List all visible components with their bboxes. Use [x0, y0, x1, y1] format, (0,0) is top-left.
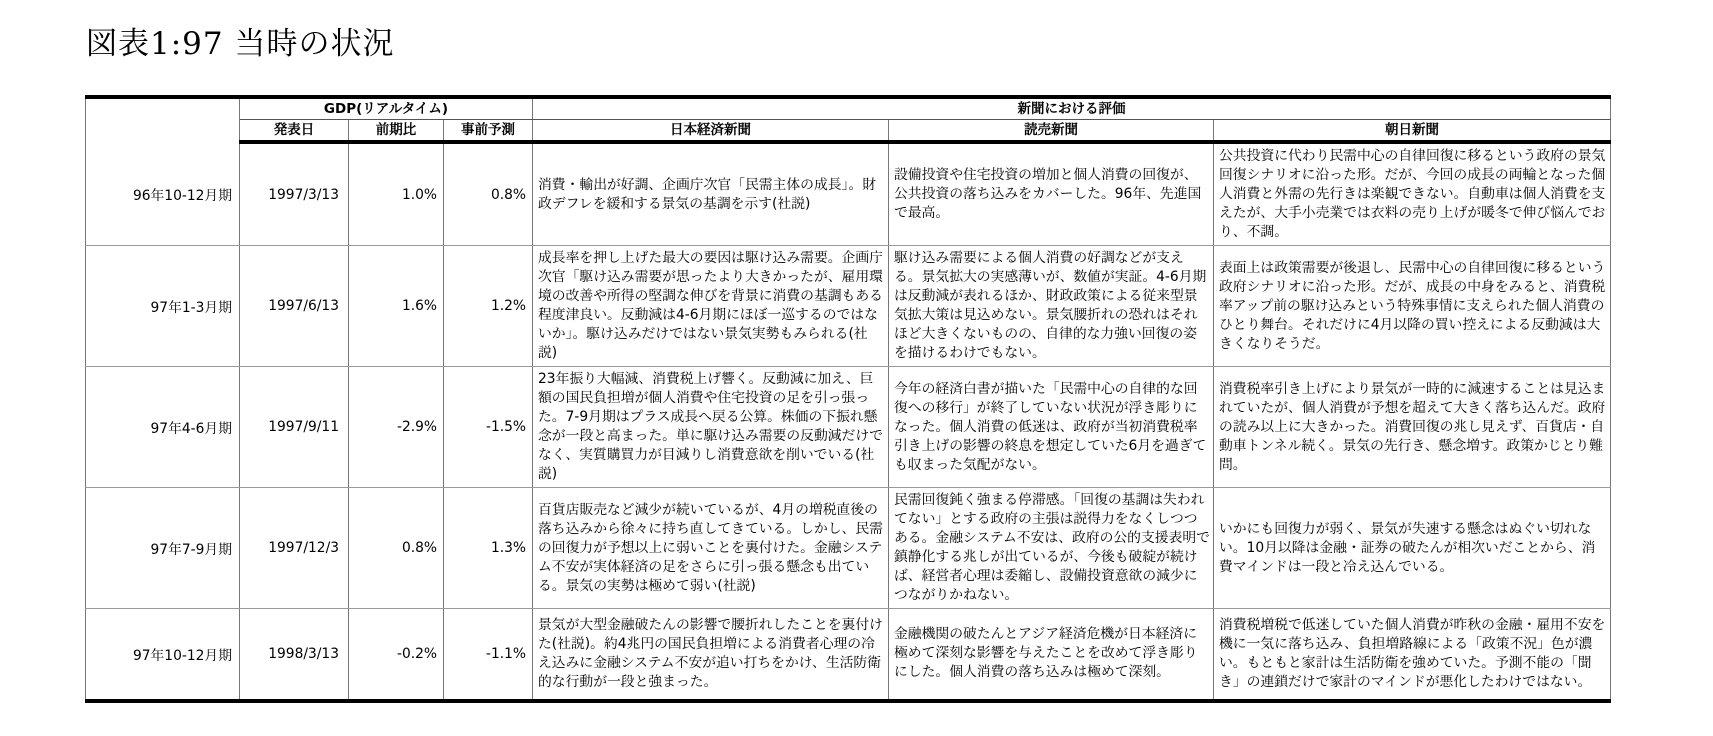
- group-header-newspapers: 新聞における評価: [533, 97, 1611, 120]
- nikkei-comment-cell: 23年振り大幅減、消費税上げ響く。反動減に加え、巨額の国民負担増が個人消費や住宅…: [533, 367, 889, 488]
- period-cell: 96年10-12月期: [86, 142, 240, 246]
- release-date-cell: 1998/3/13: [240, 609, 349, 701]
- page-title: 図表1:97 当時の状況: [86, 18, 394, 63]
- nikkei-comment-cell: 景気が大型金融破たんの影響で腰折れしたことを裏付けた(社説)。約4兆円の国民負担…: [533, 609, 889, 701]
- yomiuri-comment-cell: 設備投資や住宅投資の増加と個人消費の回復が、公共投資の落ち込みをカバーした。96…: [889, 142, 1214, 246]
- asahi-comment-cell: 消費税率引き上げにより景気が一時的に減速することは見込まれていたが、個人消費が予…: [1214, 367, 1611, 488]
- nikkei-comment-cell: 百貨店販売など減少が続いているが、4月の増税直後の落ち込みから徐々に持ち直してき…: [533, 488, 889, 609]
- nikkei-comment-cell: 消費・輸出が好調、企画庁次官「民需主体の成長」。財政デフレを緩和する景気の基調を…: [533, 142, 889, 246]
- qoq-cell: 1.6%: [349, 246, 444, 367]
- release-date-cell: 1997/3/13: [240, 142, 349, 246]
- column-header-qoq: 前期比: [349, 120, 444, 143]
- forecast-cell: 1.3%: [444, 488, 533, 609]
- asahi-comment-cell: いかにも回復力が弱く、景気が失速する懸念はぬぐい切れない。10月以降は金融・証券…: [1214, 488, 1611, 609]
- release-date-cell: 1997/12/3: [240, 488, 349, 609]
- release-date-cell: 1997/6/13: [240, 246, 349, 367]
- forecast-cell: -1.1%: [444, 609, 533, 701]
- asahi-comment-cell: 表面上は政策需要が後退し、民需中心の自律回復に移るという政府シナリオに沿った形。…: [1214, 246, 1611, 367]
- table-column-header-row: 発表日 前期比 事前予測 日本経済新聞 読売新聞 朝日新聞: [86, 120, 1611, 143]
- document-page: 図表1:97 当時の状況 GDP(リアルタイム) 新聞における評価 発表日 前期…: [0, 0, 1713, 736]
- column-header-forecast: 事前予測: [444, 120, 533, 143]
- table-group-header-row: GDP(リアルタイム) 新聞における評価: [86, 97, 1611, 120]
- column-header-yomiuri: 読売新聞: [889, 120, 1214, 143]
- release-date-cell: 1997/9/11: [240, 367, 349, 488]
- table-row-q2-1997: 97年4-6月期 1997/9/11 -2.9% -1.5% 23年振り大幅減、…: [86, 367, 1611, 488]
- yomiuri-comment-cell: 今年の経済白書が描いた「民需中心の自律的な回復への移行」が終了していない状況が浮…: [889, 367, 1214, 488]
- yomiuri-comment-cell: 駆け込み需要による個人消費の好調などが支える。景気拡大の実感薄いが、数値が実証。…: [889, 246, 1214, 367]
- table-row-q4-1997: 97年10-12月期 1998/3/13 -0.2% -1.1% 景気が大型金融…: [86, 609, 1611, 701]
- nikkei-comment-cell: 成長率を押し上げた最大の要因は駆け込み需要。企画庁次官「駆け込み需要が思ったより…: [533, 246, 889, 367]
- qoq-cell: -0.2%: [349, 609, 444, 701]
- column-header-date: 発表日: [240, 120, 349, 143]
- period-cell: 97年7-9月期: [86, 488, 240, 609]
- gdp-newspaper-table: GDP(リアルタイム) 新聞における評価 発表日 前期比 事前予測 日本経済新聞…: [85, 95, 1611, 703]
- table-row-q1-1997: 97年1-3月期 1997/6/13 1.6% 1.2% 成長率を押し上げた最大…: [86, 246, 1611, 367]
- period-cell: 97年1-3月期: [86, 246, 240, 367]
- corner-cell: [86, 97, 240, 142]
- asahi-comment-cell: 消費税増税で低迷していた個人消費が昨秋の金融・雇用不安を機に一気に落ち込み、負担…: [1214, 609, 1611, 701]
- asahi-comment-cell: 公共投資に代わり民需中心の自律回復に移るという政府の景気回復シナリオに沿った形。…: [1214, 142, 1611, 246]
- qoq-cell: 1.0%: [349, 142, 444, 246]
- period-cell: 97年10-12月期: [86, 609, 240, 701]
- column-header-asahi: 朝日新聞: [1214, 120, 1611, 143]
- group-header-gdp: GDP(リアルタイム): [240, 97, 533, 120]
- yomiuri-comment-cell: 金融機関の破たんとアジア経済危機が日本経済に極めて深刻な影響を与えたことを改めて…: [889, 609, 1214, 701]
- qoq-cell: -2.9%: [349, 367, 444, 488]
- forecast-cell: 0.8%: [444, 142, 533, 246]
- period-cell: 97年4-6月期: [86, 367, 240, 488]
- table-row-q3-1997: 97年7-9月期 1997/12/3 0.8% 1.3% 百貨店販売など減少が続…: [86, 488, 1611, 609]
- table-row-q4-1996: 96年10-12月期 1997/3/13 1.0% 0.8% 消費・輸出が好調、…: [86, 142, 1611, 246]
- forecast-cell: 1.2%: [444, 246, 533, 367]
- yomiuri-comment-cell: 民需回復鈍く強まる停滞感。「回復の基調は失われてない」とする政府の主張は説得力を…: [889, 488, 1214, 609]
- forecast-cell: -1.5%: [444, 367, 533, 488]
- column-header-nikkei: 日本経済新聞: [533, 120, 889, 143]
- qoq-cell: 0.8%: [349, 488, 444, 609]
